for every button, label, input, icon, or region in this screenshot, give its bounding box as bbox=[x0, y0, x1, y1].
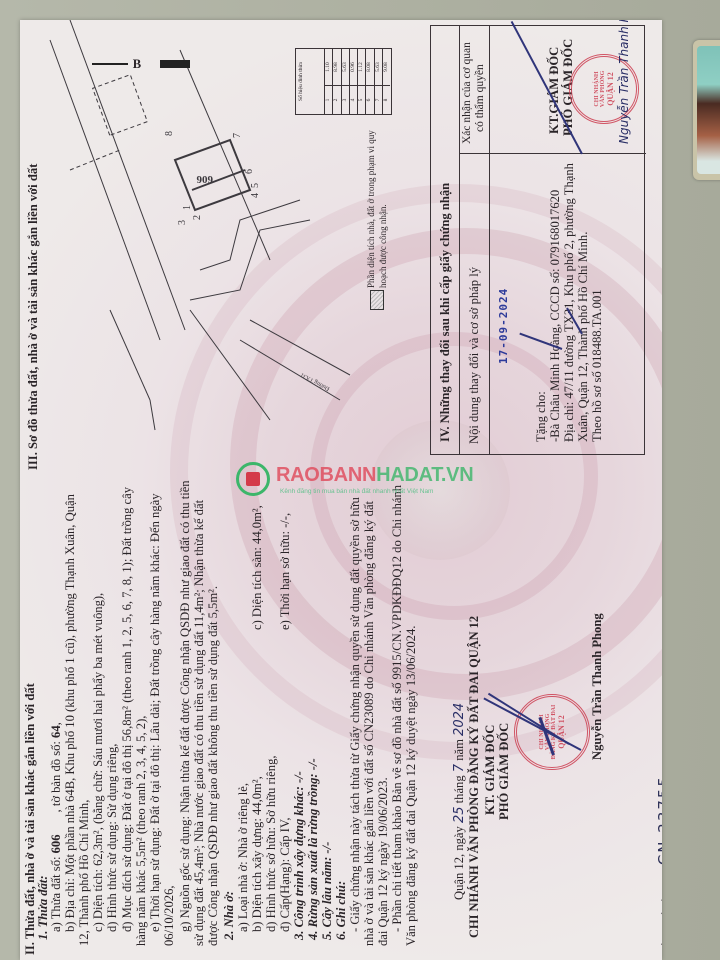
svg-text:3: 3 bbox=[177, 220, 188, 225]
vertex-table-row: 75.63 bbox=[374, 49, 382, 114]
change-entry-line: -Bà Châu Minh Hoàng, CCCD số: 0791680176… bbox=[548, 190, 562, 442]
vertex-table-row: 51.12 bbox=[357, 49, 365, 114]
land-address-cont: 12, Thành phố Hồ Chí Minh, bbox=[77, 800, 91, 946]
house-building-area: b) Diện tích xây dựng: 44,0m², bbox=[250, 776, 264, 932]
change-entry-line: Địa chỉ: 47/11 đường TX31, Khu phố 2, ph… bbox=[562, 163, 576, 442]
vertex-table-row: 89.08 bbox=[382, 49, 390, 114]
notes-line: Văn phòng đăng ký đất đai Quận 12 ký duy… bbox=[404, 626, 418, 946]
registry-number-value: CN 23755 bbox=[655, 775, 662, 865]
vertex-table-row: 11.10 bbox=[324, 49, 332, 114]
svg-text:6: 6 bbox=[244, 169, 255, 174]
svg-text:7: 7 bbox=[232, 133, 243, 138]
planted-forest: 4. Rừng sản xuất là rừng trồng: -/- bbox=[306, 758, 320, 940]
planning-legend-swatch bbox=[370, 290, 384, 310]
changes-table-header-row: Nội dung thay đổi và cơ sở pháp lý Xác n… bbox=[459, 26, 490, 454]
issue-date: Quận 12, ngày 25 tháng 7 năm 2024 bbox=[452, 703, 467, 900]
issuing-office: CHI NHÁNH VĂN PHÒNG ĐĂNG KÝ ĐẤT ĐAI QUẬN… bbox=[467, 616, 481, 938]
land-origin-cont2: được Công nhận QSDĐ như giao đất không t… bbox=[206, 586, 220, 946]
id-card-photo bbox=[697, 46, 720, 174]
plot-number-value: 606 bbox=[49, 834, 63, 853]
land-usage-term: e) Thời hạn sử dụng: Đất ở tại đô thị: L… bbox=[148, 493, 162, 932]
land-origin-cont1: sử dụng đất 45,4m²; Nhà nước giao đất có… bbox=[192, 500, 206, 946]
land-usage-purpose: đ) Mục đích sử dụng: Đất ở tại đô thị 56… bbox=[120, 487, 134, 932]
land-usage-form: d) Hình thức sử dụng: Sử dụng riêng, bbox=[105, 744, 119, 932]
watermark-tagline: Kênh đăng tin mua bán nhà đất nhanh nhất… bbox=[280, 488, 433, 495]
house-type: a) Loại nhà ở: Nhà ở riêng lẻ, bbox=[236, 783, 250, 932]
svg-text:5: 5 bbox=[250, 183, 261, 188]
vertex-length-table: Số hiệu đỉnh thửa 11.1028.9835.6340.9651… bbox=[295, 48, 392, 115]
land-origin: g) Nguồn gốc sử dụng: Nhận thừa kế đất đ… bbox=[178, 480, 192, 932]
svg-text:606: 606 bbox=[196, 173, 213, 185]
house-ownership-term: e) Thời hạn sở hữu: -/-, bbox=[278, 513, 292, 630]
land-heading: 1. Thửa đất: bbox=[36, 875, 50, 940]
north-label: B bbox=[133, 57, 141, 71]
signer-name: Nguyễn Trần Thanh Phong bbox=[590, 613, 604, 760]
watermark-logo-icon bbox=[236, 462, 270, 496]
vertex-table-row: 68.08 bbox=[365, 49, 373, 114]
notes-line: - Giấy chứng nhận này tách thửa từ Giấy … bbox=[348, 497, 362, 932]
change-entry-line: Theo hồ sơ số 018488.TA.001 bbox=[590, 289, 604, 442]
notes-line: nhà ở và tài sản khác gắn liền với đất s… bbox=[362, 501, 376, 946]
house-heading: 2. Nhà ở: bbox=[222, 891, 236, 940]
perennial-trees: 5. Cây lâu năm: -/- bbox=[320, 842, 334, 940]
issue-role-title: PHÓ GIÁM ĐỐC bbox=[497, 723, 511, 820]
vertex-table-header: Số hiệu đỉnh thửa bbox=[296, 49, 325, 114]
change-date-stamp: 17-09-2024 bbox=[497, 288, 511, 364]
planning-legend-text-1: Phần diện tích nhà, đất ở trong phạm vi … bbox=[366, 130, 377, 288]
section4-title: IV. Những thay đổi sau khi cấp giấy chứn… bbox=[438, 183, 452, 442]
vertex-table-row: 40.96 bbox=[349, 49, 357, 114]
col-content-header: Nội dung thay đổi và cơ sở pháp lý bbox=[467, 267, 481, 444]
vertex-table-row: 28.98 bbox=[332, 49, 340, 114]
svg-text:4: 4 bbox=[250, 193, 261, 198]
land-usage-purpose-cont: hàng năm khác 5,5m² (theo ranh 2, 3, 4, … bbox=[134, 716, 148, 946]
land-plot-number: a) Thửa đất số: 606, tờ bản đồ số: 64, bbox=[49, 722, 63, 932]
house-grade: đ) Cấp(Hạng): Cấp IV, bbox=[278, 818, 292, 933]
north-arrow-icon bbox=[92, 63, 128, 65]
notes-heading: 6. Ghi chú: bbox=[334, 881, 348, 940]
notes-line: - Phần chi tiết tham khảo Bản vẽ sơ đồ n… bbox=[390, 485, 404, 932]
land-address: b) Địa chỉ: Một phần nhà 64B, Khu phố 10… bbox=[63, 494, 77, 932]
change-entry-line: Tặng cho: bbox=[534, 391, 548, 442]
registry-number: Số vào sổ cấp GCN:CN 23755 bbox=[657, 775, 662, 955]
raobannhadat-watermark: RAOBANNHADAT.VN Kênh đăng tin mua bán nh… bbox=[236, 462, 496, 502]
change-signer-script: Nguyễn Trần Thanh Phong bbox=[617, 20, 631, 144]
changes-table-title-row: IV. Những thay đổi sau khi cấp giấy chứn… bbox=[431, 26, 460, 454]
land-area: c) Diện tích: 62,3m², (bằng chữ: Sáu mươ… bbox=[91, 593, 105, 932]
notes-line: đai Quận 12 ký ngày 19/06/2023. bbox=[376, 777, 390, 946]
map-number-value: 64 bbox=[49, 725, 63, 738]
issue-kt-title: KT. GIÁM ĐỐC bbox=[483, 725, 497, 815]
section2-title: II. Thửa đất, nhà ở và tài sản khác gắn … bbox=[23, 683, 37, 955]
vertex-table-row: 35.63 bbox=[341, 49, 349, 114]
section3-title: III. Sơ đồ thửa đất, nhà ở và tài sản kh… bbox=[26, 164, 40, 470]
col-confirm-header-1: Xác nhận của cơ quan bbox=[460, 42, 474, 144]
issue-month: 7 bbox=[452, 764, 467, 772]
planning-legend-text-2: hoạch được công nhận. bbox=[378, 204, 389, 288]
changes-table: IV. Những thay đổi sau khi cấp giấy chứn… bbox=[430, 25, 645, 455]
house-ownership-form: d) Hình thức sở hữu: Sở hữu riêng, bbox=[264, 755, 278, 932]
svg-text:8: 8 bbox=[164, 131, 175, 136]
svg-text:2: 2 bbox=[192, 215, 203, 220]
house-floor-area: c) Diện tích sàn: 44,0m², bbox=[250, 505, 264, 630]
svg-text:1: 1 bbox=[182, 205, 193, 210]
col-confirm-header-2: có thẩm quyền bbox=[473, 64, 487, 132]
svg-text:Đường TX31: Đường TX31 bbox=[300, 371, 331, 391]
north-arrow-base-icon bbox=[160, 60, 190, 68]
issue-day: 25 bbox=[452, 807, 467, 824]
id-card bbox=[693, 40, 720, 180]
land-usage-term-cont: 06/10/2026, bbox=[162, 885, 176, 946]
watermark-text: RAOBANNHADAT.VN bbox=[276, 464, 473, 487]
issue-year: 2024 bbox=[452, 703, 467, 736]
change-entry-line: Xuân, Quận 12, Thành phố Hồ Chí Minh. bbox=[576, 232, 590, 442]
changes-table-col-divider bbox=[459, 153, 646, 154]
other-constructions: 3. Công trình xây dựng khác: -/- bbox=[292, 771, 306, 940]
